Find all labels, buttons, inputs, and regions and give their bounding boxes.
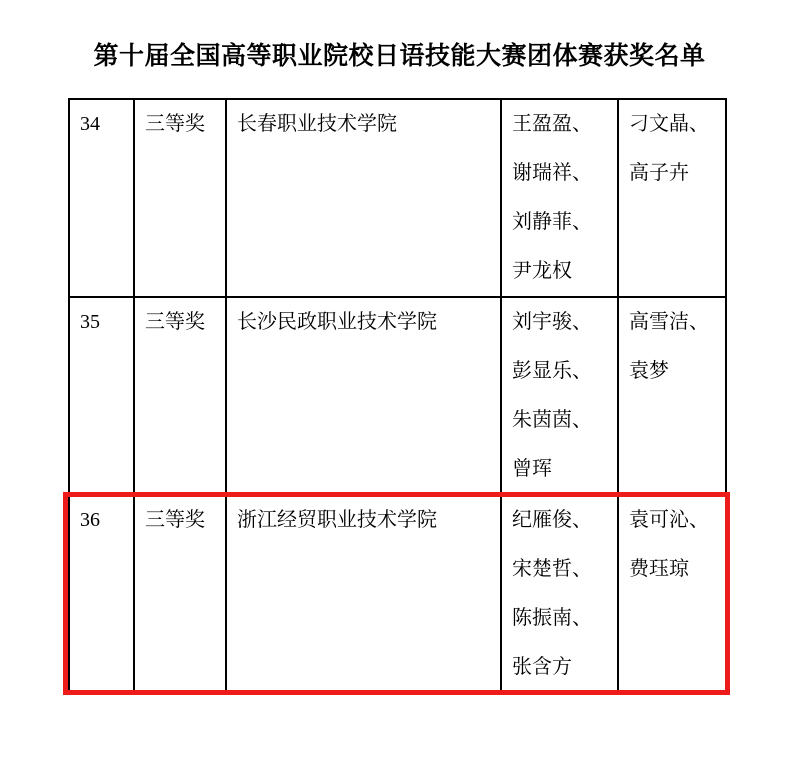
school-cell: 浙江经贸职业技术学院 [226, 495, 501, 693]
school-cell: 长春职业技术学院 [226, 99, 501, 297]
rank-cell: 36 [69, 495, 134, 693]
award-cell: 三等奖 [134, 495, 226, 693]
students-cell: 纪雁俊、 宋楚哲、 陈振南、 张含方 [501, 495, 618, 693]
student-name: 刘静菲、 [512, 198, 615, 247]
student-name: 宋楚哲、 [512, 545, 615, 594]
student-name: 朱茵茵、 [512, 396, 615, 445]
student-name: 谢瑞祥、 [512, 149, 615, 198]
teacher-name: 费珏琼 [629, 545, 723, 594]
document-title: 第十届全国高等职业院校日语技能大赛团体赛获奖名单 [0, 36, 799, 72]
rank-cell: 35 [69, 297, 134, 495]
student-name: 尹龙权 [512, 247, 615, 296]
student-name: 曾珲 [512, 445, 615, 494]
school-cell: 长沙民政职业技术学院 [226, 297, 501, 495]
document-page: 第十届全国高等职业院校日语技能大赛团体赛获奖名单 34 三等奖 长春职业技术学院… [0, 0, 799, 765]
student-name: 陈振南、 [512, 594, 615, 643]
student-name: 张含方 [512, 643, 615, 692]
award-cell: 三等奖 [134, 99, 226, 297]
students-cell: 王盈盈、 谢瑞祥、 刘静菲、 尹龙权 [501, 99, 618, 297]
teacher-name: 高子卉 [629, 149, 723, 198]
table-row: 34 三等奖 长春职业技术学院 王盈盈、 谢瑞祥、 刘静菲、 尹龙权 刁文晶、 … [69, 99, 726, 297]
table-row-highlighted: 36 三等奖 浙江经贸职业技术学院 纪雁俊、 宋楚哲、 陈振南、 张含方 袁可沁… [69, 495, 726, 693]
student-name: 王盈盈、 [512, 100, 615, 149]
rank-cell: 34 [69, 99, 134, 297]
student-name: 刘宇骏、 [512, 298, 615, 347]
teacher-name: 袁可沁、 [629, 496, 723, 545]
teacher-name: 刁文晶、 [629, 100, 723, 149]
award-cell: 三等奖 [134, 297, 226, 495]
teacher-name: 高雪洁、 [629, 298, 723, 347]
student-name: 纪雁俊、 [512, 496, 615, 545]
award-table: 34 三等奖 长春职业技术学院 王盈盈、 谢瑞祥、 刘静菲、 尹龙权 刁文晶、 … [68, 98, 727, 694]
teachers-cell: 刁文晶、 高子卉 [618, 99, 726, 297]
table-row: 35 三等奖 长沙民政职业技术学院 刘宇骏、 彭显乐、 朱茵茵、 曾珲 高雪洁、… [69, 297, 726, 495]
teacher-name: 袁梦 [629, 347, 723, 396]
teachers-cell: 高雪洁、 袁梦 [618, 297, 726, 495]
teachers-cell: 袁可沁、 费珏琼 [618, 495, 726, 693]
students-cell: 刘宇骏、 彭显乐、 朱茵茵、 曾珲 [501, 297, 618, 495]
student-name: 彭显乐、 [512, 347, 615, 396]
